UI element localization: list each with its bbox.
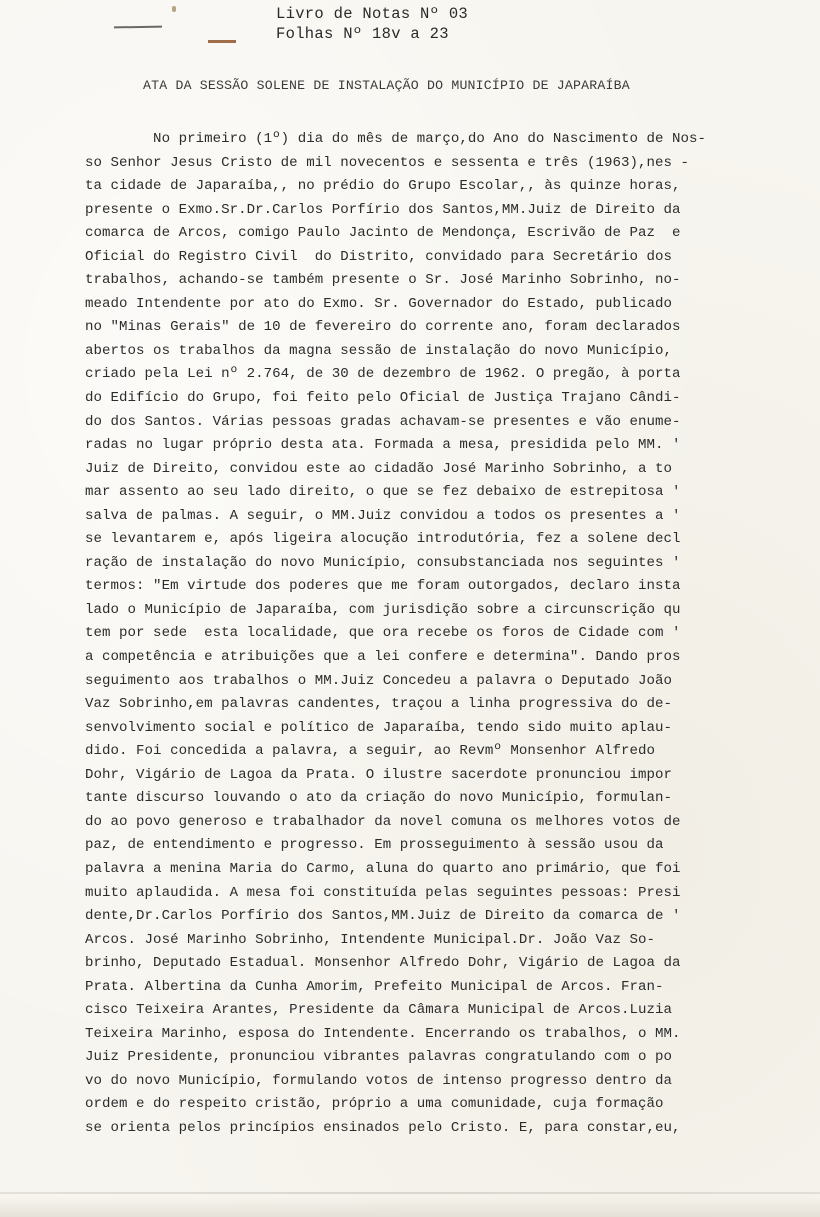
text-line: do dos Santos. Várias pessoas gradas ach… — [85, 411, 785, 435]
text-line: so Senhor Jesus Cristo de mil novecentos… — [85, 152, 785, 176]
text-line: ta cidade de Japaraíba,, no prédio do Gr… — [85, 175, 785, 199]
text-line: radas no lugar próprio desta ata. Formad… — [85, 434, 785, 458]
book-reference: Livro de Notas Nº 03 — [276, 4, 468, 24]
text-line: a competência e atribuições que a lei co… — [85, 646, 785, 670]
text-line: ordem e do respeito cristão, próprio a u… — [85, 1093, 785, 1117]
text-line: meado Intendente por ato do Exmo. Sr. Go… — [85, 293, 785, 317]
text-line: Teixeira Marinho, esposa do Intendente. … — [85, 1023, 785, 1047]
text-line: Oficial do Registro Civil do Distrito, c… — [85, 246, 785, 270]
paper-speck — [172, 6, 176, 12]
folio-reference: Folhas Nº 18v a 23 — [276, 24, 468, 44]
text-line: termos: "Em virtude dos poderes que me f… — [85, 575, 785, 599]
text-line: vo do novo Município, formulando votos d… — [85, 1070, 785, 1094]
text-line: presente o Exmo.Sr.Dr.Carlos Porfírio do… — [85, 199, 785, 223]
text-line: ração de instalação do novo Município, c… — [85, 552, 785, 576]
text-line: tem por sede esta localidade, que ora re… — [85, 622, 785, 646]
text-line: Juiz Presidente, pronunciou vibrantes pa… — [85, 1046, 785, 1070]
text-line: tante discurso louvando o ato da criação… — [85, 787, 785, 811]
text-line: paz, de entendimento e progresso. Em pro… — [85, 834, 785, 858]
document-header: Livro de Notas Nº 03 Folhas Nº 18v a 23 — [276, 4, 468, 44]
text-line: se levantarem e, após ligeira alocução i… — [85, 528, 785, 552]
text-line: Dohr, Vigário de Lagoa da Prata. O ilust… — [85, 764, 785, 788]
text-line: salva de palmas. A seguir, o MM.Juiz con… — [85, 505, 785, 529]
text-line: lado o Município de Japaraíba, com juris… — [85, 599, 785, 623]
text-line: do Edifício do Grupo, foi feito pelo Ofi… — [85, 387, 785, 411]
scanned-page: Livro de Notas Nº 03 Folhas Nº 18v a 23 … — [0, 0, 820, 1217]
text-line: Juiz de Direito, convidou este ao cidadã… — [85, 458, 785, 482]
text-line: mar assento ao seu lado direito, o que s… — [85, 481, 785, 505]
page-edge-shadow — [0, 1197, 820, 1217]
text-line: palavra a menina Maria do Carmo, aluna d… — [85, 858, 785, 882]
ink-mark — [114, 26, 162, 29]
text-line: criado pela Lei nº 2.764, de 30 de dezem… — [85, 363, 785, 387]
text-line: se orienta pelos princípios ensinados pe… — [85, 1117, 785, 1141]
text-line: dido. Foi concedida a palavra, a seguir,… — [85, 740, 785, 764]
text-line: Arcos. José Marinho Sobrinho, Intendente… — [85, 929, 785, 953]
text-line: comarca de Arcos, comigo Paulo Jacinto d… — [85, 222, 785, 246]
text-line: senvolvimento social e político de Japar… — [85, 717, 785, 741]
text-line: no "Minas Gerais" de 10 de fevereiro do … — [85, 316, 785, 340]
text-line: trabalhos, achando-se também presente o … — [85, 269, 785, 293]
rust-stain — [208, 40, 236, 43]
text-line: abertos os trabalhos da magna sessão de … — [85, 340, 785, 364]
document-body: No primeiro (1º) dia do mês de março,do … — [85, 128, 785, 1141]
text-line: muito aplaudida. A mesa foi constituída … — [85, 882, 785, 906]
text-line: seguimento aos trabalhos o MM.Juiz Conce… — [85, 670, 785, 694]
text-line: cisco Teixeira Arantes, Presidente da Câ… — [85, 999, 785, 1023]
text-line: Vaz Sobrinho,em palavras candentes, traç… — [85, 693, 785, 717]
text-line: brinho, Deputado Estadual. Monsenhor Alf… — [85, 952, 785, 976]
document-title: ATA DA SESSÃO SOLENE DE INSTALAÇÃO DO MU… — [143, 78, 630, 93]
text-line: Prata. Albertina da Cunha Amorim, Prefei… — [85, 976, 785, 1000]
text-line: dente,Dr.Carlos Porfírio dos Santos,MM.J… — [85, 905, 785, 929]
paper-fold — [0, 1192, 820, 1194]
text-line: No primeiro (1º) dia do mês de março,do … — [85, 128, 785, 152]
text-line: do ao povo generoso e trabalhador da nov… — [85, 811, 785, 835]
